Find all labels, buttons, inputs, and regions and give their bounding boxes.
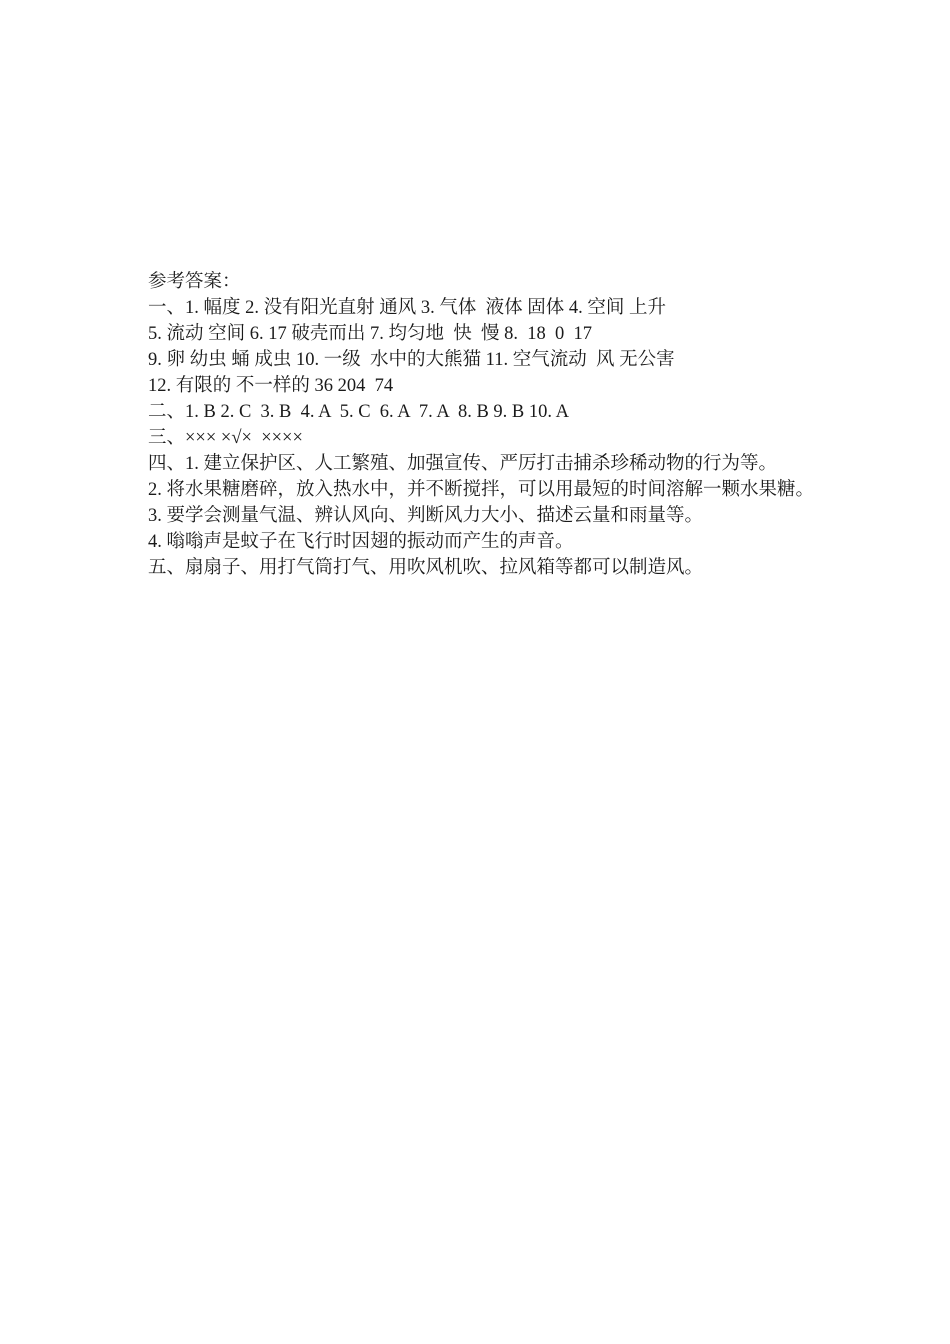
answer-line-section1-part2: 5. 流动 空间 6. 17 破壳而出 7. 均匀地 快 慢 8. 18 0 1… — [148, 321, 848, 347]
answer-line-section4-item4: 4. 嗡嗡声是蚊子在飞行时因翅的振动而产生的声音。 — [148, 529, 848, 555]
answer-line-section1-part4: 12. 有限的 不一样的 36 204 74 — [148, 373, 848, 399]
answer-line-section1-part3: 9. 卵 幼虫 蛹 成虫 10. 一级 水中的大熊猫 11. 空气流动 风 无公… — [148, 347, 848, 373]
answer-line-section4-item1: 四、1. 建立保护区、人工繁殖、加强宣传、严厉打击捕杀珍稀动物的行为等。 — [148, 451, 848, 477]
answer-key-heading: 参考答案： — [148, 269, 848, 295]
answer-line-section4-item3: 3. 要学会测量气温、辨认风向、判断风力大小、描述云量和雨量等。 — [148, 503, 848, 529]
answer-line-section2: 二、1. B 2. C 3. B 4. A 5. C 6. A 7. A 8. … — [148, 399, 848, 425]
answer-line-section5: 五、扇扇子、用打气筒打气、用吹风机吹、拉风箱等都可以制造风。 — [148, 555, 848, 581]
answer-line-section3: 三、××× ×√× ×××× — [148, 425, 848, 451]
answer-line-section4-item2: 2. 将水果糖磨碎，放入热水中，并不断搅拌，可以用最短的时间溶解一颗水果糖。 — [148, 477, 848, 503]
answer-line-section1-part1: 一、1. 幅度 2. 没有阳光直射 通风 3. 气体 液体 固体 4. 空间 上… — [148, 295, 848, 321]
document-page: 参考答案： 一、1. 幅度 2. 没有阳光直射 通风 3. 气体 液体 固体 4… — [0, 0, 950, 1344]
answer-key-content: 参考答案： 一、1. 幅度 2. 没有阳光直射 通风 3. 气体 液体 固体 4… — [148, 269, 848, 581]
